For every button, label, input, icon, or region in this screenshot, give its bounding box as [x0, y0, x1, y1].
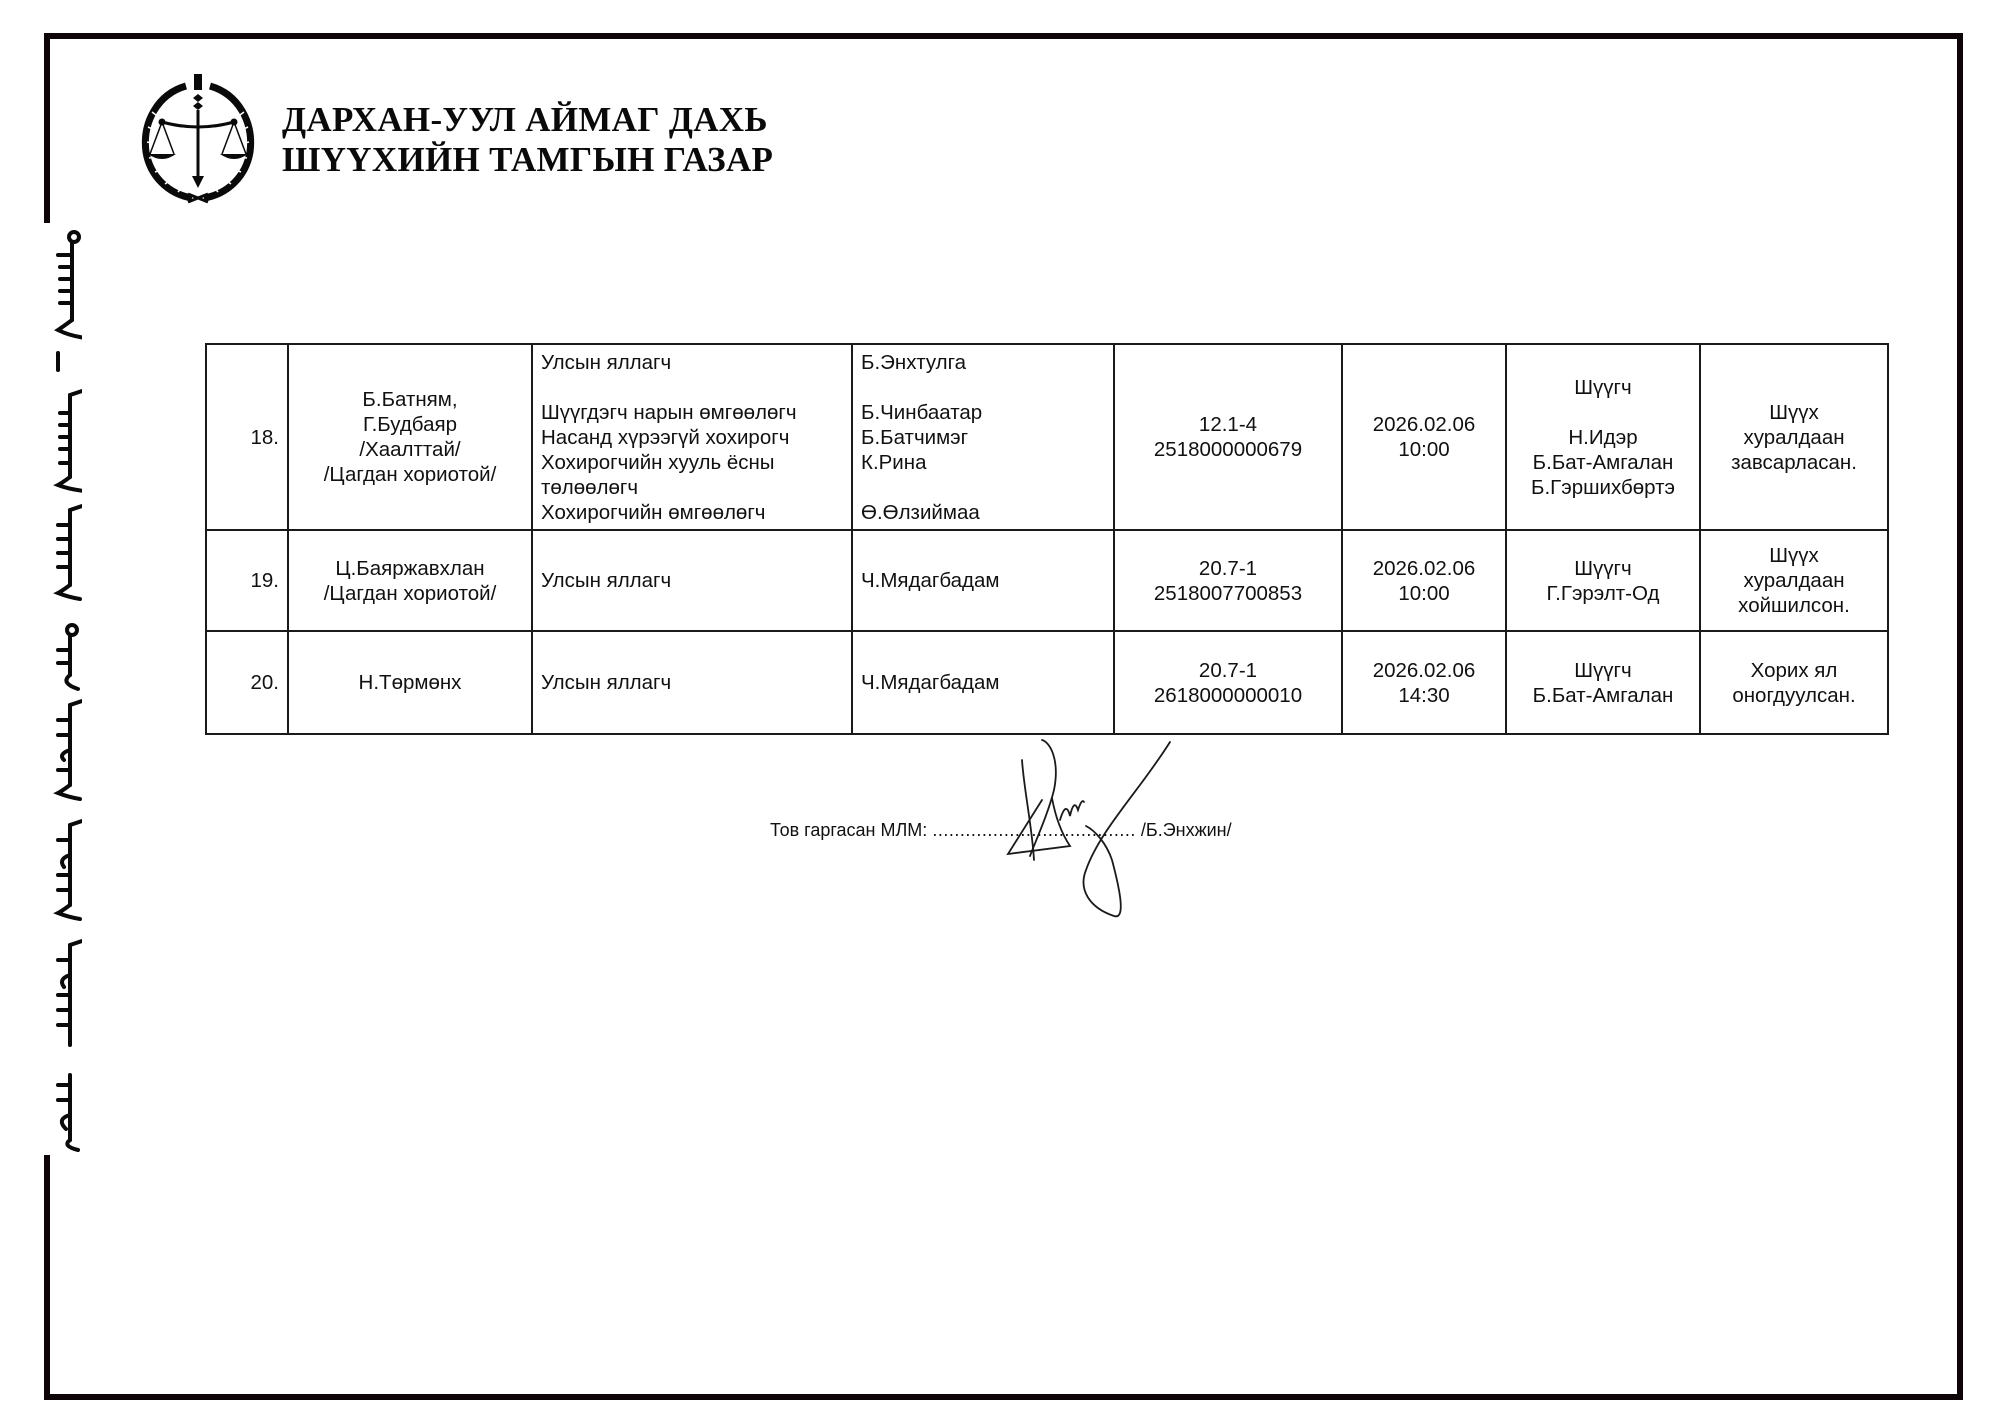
case-code-line: 20.7-1: [1123, 556, 1333, 581]
mongolian-script-motto: [22, 225, 82, 1155]
page-border-bottom: [44, 1394, 1963, 1400]
result-line: оногдуулсан.: [1709, 683, 1879, 708]
judges-cell: ШүүгчГ.Гэрэлт-Од: [1506, 530, 1700, 631]
participant-roles-line: Шүүгдэгч нарын өмгөөлөгч: [541, 400, 843, 425]
page-border-left-lower: [44, 1155, 50, 1400]
hearing-datetime-line: 14:30: [1351, 683, 1497, 708]
case-code-line: 12.1-4: [1123, 412, 1333, 437]
participant-roles-cell: Улсын яллагч: [532, 631, 852, 734]
defendants-line: /Цагдан хориотой/: [297, 462, 523, 487]
participant-names-cell: Ч.Мядагбадам: [852, 631, 1114, 734]
judges-line: Шүүгч: [1515, 658, 1691, 683]
participant-roles-line: төлөөлөгч: [541, 475, 843, 500]
participant-names-line: Ө.Өлзиймаа: [861, 500, 1105, 525]
case-number-cell: 18.: [206, 344, 288, 530]
participant-roles-line: Улсын яллагч: [541, 350, 843, 375]
result-line: хойшилсон.: [1709, 593, 1879, 618]
org-title-line-1: ДАРХАН-УУЛ АЙМАГ ДАХЬ: [282, 100, 773, 140]
organization-title: ДАРХАН-УУЛ АЙМАГ ДАХЬ ШҮҮХИЙН ТАМГЫН ГАЗ…: [282, 100, 773, 180]
participant-roles-line: Хохирогчийн өмгөөлөгч: [541, 500, 843, 525]
org-title-line-2: ШҮҮХИЙН ТАМГЫН ГАЗАР: [282, 140, 773, 180]
hearing-datetime-line: 10:00: [1351, 437, 1497, 462]
judges-cell: ШүүгчН.ИдэрБ.Бат-АмгаланБ.Гэршихбөртэ: [1506, 344, 1700, 530]
judges-line: Б.Бат-Амгалан: [1515, 450, 1691, 475]
judges-line: Н.Идэр: [1515, 425, 1691, 450]
judges-line: Г.Гэрэлт-Од: [1515, 581, 1691, 606]
participant-names-line: Б.Чинбаатар: [861, 400, 1105, 425]
hearing-datetime-line: 10:00: [1351, 581, 1497, 606]
case-code-line: 2518007700853: [1123, 581, 1333, 606]
participant-names-line: Б.Батчимэг: [861, 425, 1105, 450]
defendants-cell: Н.Төрмөнх: [288, 631, 532, 734]
defendants-cell: Ц.Баяржавхлан/Цагдан хориотой/: [288, 530, 532, 631]
result-line: Шүүх: [1709, 400, 1879, 425]
court-emblem-icon: [138, 72, 258, 204]
result-cell: Хорих ялоногдуулсан.: [1700, 631, 1888, 734]
participant-roles-line: [541, 375, 843, 400]
result-cell: Шүүххуралдаанзавсарласан.: [1700, 344, 1888, 530]
handwritten-signature-icon: [990, 730, 1210, 930]
table-row: 18.Б.Батням,Г.Будбаяр/Хаалттай//Цагдан х…: [206, 344, 1888, 530]
defendants-line: Г.Будбаяр: [297, 412, 523, 437]
result-line: завсарласан.: [1709, 450, 1879, 475]
participant-names-line: [861, 375, 1105, 400]
table-row: 19.Ц.Баяржавхлан/Цагдан хориотой/Улсын я…: [206, 530, 1888, 631]
case-code-line: 20.7-1: [1123, 658, 1333, 683]
defendants-line: /Цагдан хориотой/: [297, 581, 523, 606]
participant-roles-line: Улсын яллагч: [541, 568, 843, 593]
hearing-datetime-line: 2026.02.06: [1351, 556, 1497, 581]
page-border-left-upper: [44, 33, 50, 223]
participant-names-cell: Б.ЭнхтулгаБ.ЧинбаатарБ.БатчимэгК.РинаӨ.Ө…: [852, 344, 1114, 530]
participant-roles-line: Улсын яллагч: [541, 670, 843, 695]
page-border-right: [1957, 33, 1963, 1400]
result-line: Хорих ял: [1709, 658, 1879, 683]
result-line: хуралдаан: [1709, 568, 1879, 593]
participant-roles-cell: Улсын яллагч: [532, 530, 852, 631]
case-number-cell: 20.: [206, 631, 288, 734]
participant-names-line: Ч.Мядагбадам: [861, 670, 1105, 695]
case-code-cell: 20.7-12518007700853: [1114, 530, 1342, 631]
case-number-cell: 19.: [206, 530, 288, 631]
page-border-top: [44, 33, 1962, 39]
hearing-datetime-cell: 2026.02.0614:30: [1342, 631, 1506, 734]
judges-cell: ШүүгчБ.Бат-Амгалан: [1506, 631, 1700, 734]
result-cell: Шүүххуралдаанхойшилсон.: [1700, 530, 1888, 631]
participant-roles-line: Хохирогчийн хууль ёсны: [541, 450, 843, 475]
hearing-datetime-cell: 2026.02.0610:00: [1342, 344, 1506, 530]
court-schedule-body: 18.Б.Батням,Г.Будбаяр/Хаалттай//Цагдан х…: [206, 344, 1888, 734]
table-row: 20.Н.ТөрмөнхУлсын яллагчЧ.Мядагбадам20.7…: [206, 631, 1888, 734]
result-line: хуралдаан: [1709, 425, 1879, 450]
defendants-line: Б.Батням,: [297, 387, 523, 412]
judges-line: Шүүгч: [1515, 556, 1691, 581]
participant-roles-line: Насанд хүрээгүй хохирогч: [541, 425, 843, 450]
court-schedule-table: 18.Б.Батням,Г.Будбаяр/Хаалттай//Цагдан х…: [205, 343, 1889, 735]
judges-line: Б.Гэршихбөртэ: [1515, 475, 1691, 500]
case-code-cell: 20.7-12618000000010: [1114, 631, 1342, 734]
defendants-cell: Б.Батням,Г.Будбаяр/Хаалттай//Цагдан хори…: [288, 344, 532, 530]
defendants-line: Ц.Баяржавхлан: [297, 556, 523, 581]
participant-roles-cell: Улсын яллагчШүүгдэгч нарын өмгөөлөгчНаса…: [532, 344, 852, 530]
judges-line: [1515, 400, 1691, 425]
prepared-by-label: Тов гаргасан МЛМ:: [770, 820, 927, 840]
result-line: Шүүх: [1709, 543, 1879, 568]
hearing-datetime-line: 2026.02.06: [1351, 658, 1497, 683]
case-code-line: 2518000000679: [1123, 437, 1333, 462]
defendants-line: /Хаалттай/: [297, 437, 523, 462]
participant-names-line: Б.Энхтулга: [861, 350, 1105, 375]
hearing-datetime-cell: 2026.02.0610:00: [1342, 530, 1506, 631]
defendants-line: Н.Төрмөнх: [297, 670, 523, 695]
participant-names-line: Ч.Мядагбадам: [861, 568, 1105, 593]
judges-line: Б.Бат-Амгалан: [1515, 683, 1691, 708]
case-code-line: 2618000000010: [1123, 683, 1333, 708]
participant-names-line: [861, 475, 1105, 500]
judges-line: Шүүгч: [1515, 375, 1691, 400]
participant-names-cell: Ч.Мядагбадам: [852, 530, 1114, 631]
participant-names-line: К.Рина: [861, 450, 1105, 475]
case-code-cell: 12.1-42518000000679: [1114, 344, 1342, 530]
hearing-datetime-line: 2026.02.06: [1351, 412, 1497, 437]
